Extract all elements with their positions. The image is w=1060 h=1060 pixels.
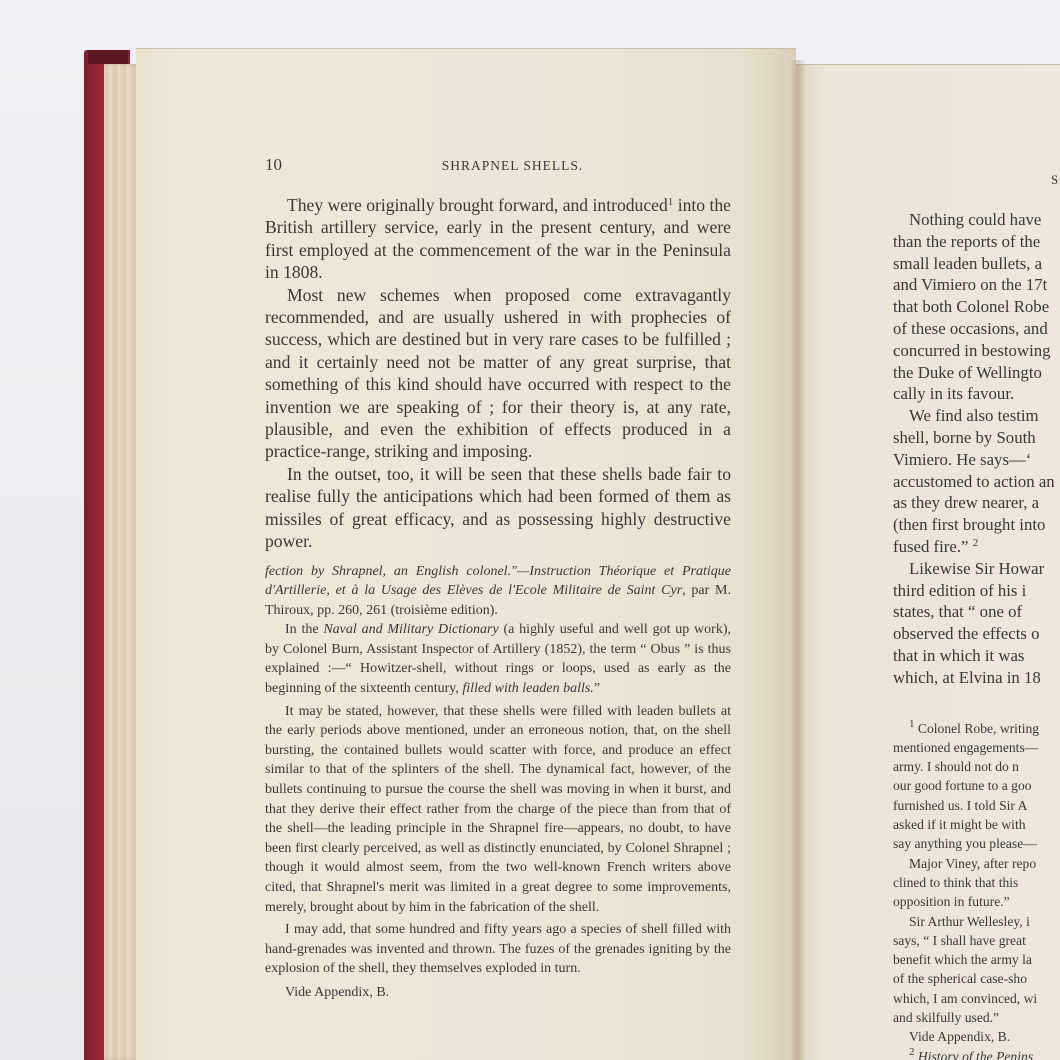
text-line: as they drew nearer, a [893,492,1060,514]
footnote-line: our good fortune to a goo [893,776,1060,795]
text-line: of these occasions, and [893,318,1060,340]
footnote-line: which, I am convinced, wi [893,989,1060,1008]
text-line: third edition of his i [893,580,1060,602]
text-line: the Duke of Wellingto [893,362,1060,384]
text-line: than the reports of the [893,231,1060,253]
text-line: Likewise Sir Howar [893,558,1060,580]
text-line: that both Colonel Robe [893,296,1060,318]
text-line: and Vimiero on the 17t [893,274,1060,296]
footnote-line: and skilfully used.” [893,1008,1060,1027]
footnote-line: says, “ I shall have great [893,931,1060,950]
footnote-line: say anything you please— [893,834,1060,853]
text-line: observed the effects o [893,623,1060,645]
footnote-may-add: I may add, that some hundred and fifty y… [265,920,731,979]
text-line: Nothing could have [893,209,1060,231]
footnote-line: clined to think that this [893,873,1060,892]
right-page-text: S Nothing could have than the reports of… [893,0,1060,1060]
footnote-line: furnished us. I told Sir A [893,796,1060,815]
text-line: shell, borne by South [893,427,1060,449]
text-line: small leaden bullets, a [893,253,1060,275]
book-cover-edge [88,50,128,64]
footnote-line: Major Viney, after repo [893,854,1060,873]
footnote-line: army. I should not do n [893,757,1060,776]
book-gutter [790,60,806,1060]
footnote-line: asked if it might be with [893,815,1060,834]
footnote-line: benefit which the army la [893,950,1060,969]
footnote-line: Sir Arthur Wellesley, i [893,912,1060,931]
text-line: accustomed to action an [893,471,1060,493]
text-line: fused fire.” 2 [893,536,1060,558]
footnote-line: 2 History of the Penins [893,1047,1060,1060]
text-line: that in which it was [893,645,1060,667]
footnote-stated: It may be stated, however, that these sh… [265,702,731,918]
running-head-fragment: S [1051,172,1058,188]
text-line: cally in its favour. [893,383,1060,405]
footnote-line: opposition in future.” [893,892,1060,911]
footnote-naval-dictionary: In the Naval and Military Dictionary (a … [265,620,731,698]
footnote-line: mentioned engagements— [893,738,1060,757]
right-page-body: Nothing could have than the reports of t… [893,209,1060,1060]
footnote-ref: 2 [973,537,979,549]
footnote-line: Vide Appendix, B. [893,1027,1060,1046]
text-line: We find also testim [893,405,1060,427]
text-line: concurred in bestowing [893,340,1060,362]
footnote-vide: Vide Appendix, B. [265,979,731,1003]
running-head: 10 SHRAPNEL SHELLS. [265,155,760,175]
left-page-body: They were originally brought forward, an… [265,194,731,1003]
footnote-line: 1 Colonel Robe, writing [893,719,1060,738]
text-line: Vimiero. He says—‘ [893,449,1060,471]
page-edges [104,64,138,1060]
text-line: (then first brought into [893,514,1060,536]
paragraph: They were originally brought forward, an… [265,194,731,284]
text-line: which, at Elvina in 18 [893,667,1060,689]
footnote-line: of the spherical case-sho [893,969,1060,988]
footnote-continuation: fection by Shrapnel, an English colonel.… [265,562,731,621]
paragraph: Most new schemes when proposed come extr… [265,284,731,463]
running-title: SHRAPNEL SHELLS. [265,158,760,174]
text-line: states, that “ one of [893,601,1060,623]
paragraph: In the outset, too, it will be seen that… [265,463,731,553]
